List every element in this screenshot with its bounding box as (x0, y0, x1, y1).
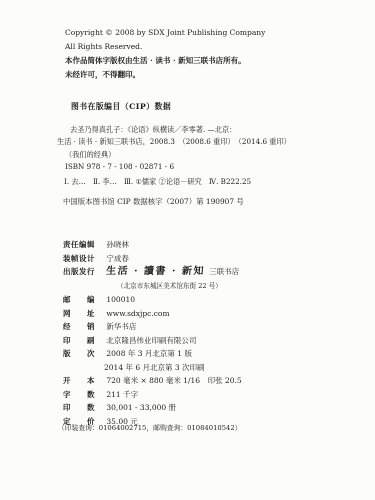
colophon-row-edition: 版 次 2008 年 3 月北京第 1 版 (63, 347, 242, 361)
copyright-line-chinese-2: 未经许可，不得翻印。 (65, 68, 265, 82)
copyright-block: Copyright © 2008 by SDX Joint Publishing… (65, 26, 265, 82)
inquiry-phone-note: （印装查询：01064002715，邮购查询：01084010542） (58, 422, 242, 432)
colophon-label: 装帧设计 (63, 252, 104, 266)
cip-title-line: 去圣乃得真孔子：《论语》纵横读／李零著. —北京： (57, 124, 291, 136)
colophon-row-wordcount: 字 数 211 千字 (63, 388, 242, 402)
colophon-value: 新华书店 (106, 322, 136, 331)
colophon-row-format: 开 本 720 毫米 × 880 毫米 1/16 印张 20.5 (63, 374, 242, 388)
colophon-row-website: 网 址 www.sdxjpc.com (63, 307, 242, 321)
copyright-line-english-1: Copyright © 2008 by SDX Joint Publishing… (65, 26, 265, 40)
colophon-value: www.sdxjpc.com (106, 309, 169, 318)
cip-record-number: 中国版本图书馆 CIP 数据核字（2007）第 190907 号 (63, 196, 244, 207)
publisher-name-suffix: 三联书店 (209, 267, 239, 276)
book-colophon-page: Copyright © 2008 by SDX Joint Publishing… (0, 0, 375, 500)
cip-heading: 图书在版编目（CIP）数据 (71, 101, 171, 112)
colophon-value: 宁成春 (106, 254, 129, 263)
colophon-label: 出版发行 (63, 265, 104, 279)
colophon-label: 网 址 (63, 307, 104, 321)
colophon-value: 2008 年 3 月北京第 1 版 (106, 349, 192, 358)
colophon-value: 2014 年 6 月北京第 3 次印刷 (104, 363, 205, 372)
colophon-label: 开 本 (63, 374, 104, 388)
publisher-address: （北京市东城区美术馆东街 22 号） (104, 282, 222, 290)
publisher-value: 生活 · 讀書 · 新知三联书店 (106, 267, 239, 276)
colophon-label: 印 数 (63, 401, 104, 415)
colophon-value: 211 千字 (106, 390, 138, 399)
colophon-label: 印 刷 (63, 334, 104, 348)
colophon-value: 孙晓林 (106, 240, 129, 249)
colophon-label: 责任编辑 (63, 238, 104, 252)
cip-series-line: （我们的经典） (57, 149, 291, 161)
colophon-value: 720 毫米 × 880 毫米 1/16 印张 20.5 (106, 376, 241, 385)
colophon-label: 经 销 (63, 320, 104, 334)
colophon-row-editor: 责任编辑 孙晓林 (63, 238, 242, 252)
colophon-row-edition-printing: 2014 年 6 月北京第 3 次印刷 (63, 361, 242, 375)
colophon-value: 30,001 - 33,000 册 (106, 403, 176, 412)
cip-publisher-line: 生活 · 读书 · 新知三联书店，2008.3 （2008.6 重印） （201… (57, 136, 291, 148)
cip-entry-block: 去圣乃得真孔子：《论语》纵横读／李零著. —北京： 生活 · 读书 · 新知三联… (57, 124, 291, 173)
colophon-row-publisher-address: （北京市东城区美术馆东街 22 号） (63, 279, 242, 294)
colophon-row-printer: 印 刷 北京隆昌伟业印刷有限公司 (63, 334, 242, 348)
cip-classification: Ⅰ. 去… Ⅱ. 李… Ⅲ. ①儒家 ②论语－研究 Ⅳ. B222.25 (64, 177, 251, 187)
cip-isbn: ISBN 978 - 7 - 108 - 02871 - 6 (57, 161, 291, 173)
copyright-line-chinese-1: 本作品简体字版权由生活 · 读书 · 新知三联书店所有。 (65, 54, 265, 68)
colophon-row-designer: 装帧设计 宁成春 (63, 252, 242, 266)
colophon-row-printrun: 印 数 30,001 - 33,000 册 (63, 401, 242, 415)
colophon-label: 邮 编 (63, 293, 104, 307)
colophon-row-publisher: 出版发行 生活 · 讀書 · 新知三联书店 (63, 265, 242, 279)
colophon-label: 版 次 (63, 347, 104, 361)
publisher-logo-calligraphy: 生活 · 讀書 · 新知 (106, 265, 206, 279)
colophon-value: 100010 (106, 295, 135, 304)
colophon-label: 字 数 (63, 388, 104, 402)
colophon-block: 责任编辑 孙晓林 装帧设计 宁成春 出版发行 生活 · 讀書 · 新知三联书店 … (63, 238, 242, 428)
copyright-line-english-2: All Rights Reserved. (65, 40, 265, 54)
colophon-value: 北京隆昌伟业印刷有限公司 (106, 336, 196, 345)
colophon-row-distributor: 经 销 新华书店 (63, 320, 242, 334)
colophon-row-postcode: 邮 编 100010 (63, 293, 242, 307)
